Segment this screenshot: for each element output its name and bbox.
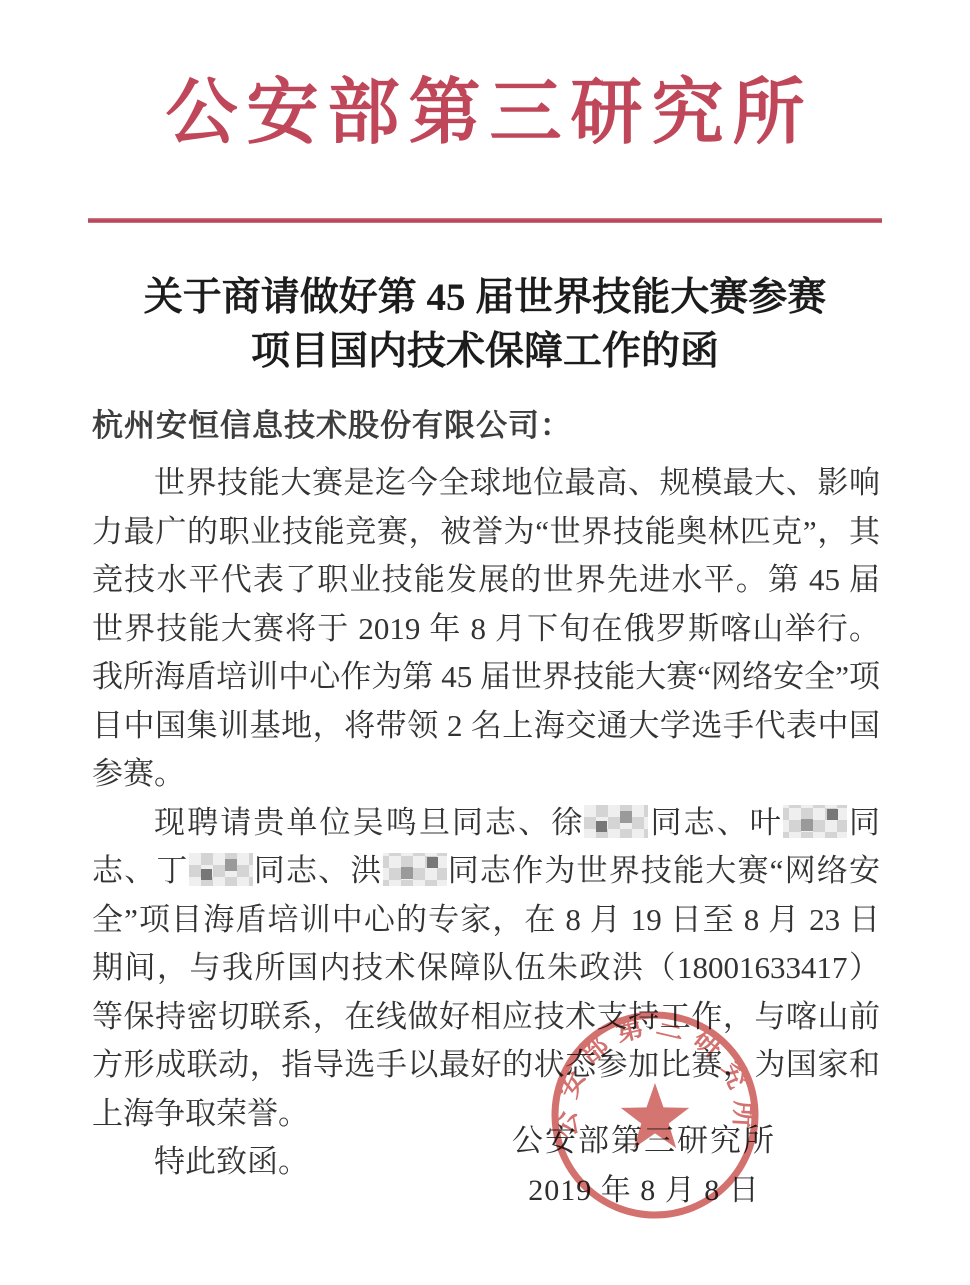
signature-date: 2019 年 8 月 8 日	[420, 1172, 868, 1210]
signature-block: 公安部第三研究所 2019 年 8 月 8 日	[420, 1121, 868, 1210]
paragraph-appointment: 现聘请贵单位吴鸣旦同志、徐同志、叶同志、丁同志、洪同志作为世界技能大赛“网络安全…	[92, 799, 880, 1139]
redacted-name	[584, 805, 648, 838]
paragraph-text: 同志、洪	[253, 853, 383, 888]
letterhead-org-name: 公安部第三研究所	[0, 70, 970, 156]
redacted-name	[783, 805, 847, 838]
document-title-line1: 关于商请做好第 45 届世界技能大赛参赛	[0, 271, 970, 325]
signature-org: 公安部第三研究所	[420, 1121, 868, 1161]
document-title: 关于商请做好第 45 届世界技能大赛参赛 项目国内技术保障工作的函	[0, 271, 970, 379]
document-title-line2: 项目国内技术保障工作的函	[0, 325, 970, 379]
paragraph-text: 现聘请贵单位吴鸣旦同志、徐	[154, 805, 584, 840]
redacted-name	[189, 853, 253, 886]
scanned-letter-page: 公安部第三研究所 关于商请做好第 45 届世界技能大赛参赛 项目国内技术保障工作…	[0, 0, 970, 1285]
paragraph-intro: 世界技能大赛是迄今全球地位最高、规模最大、影响力最广的职业技能竞赛，被誉为“世界…	[92, 459, 880, 799]
redacted-name	[383, 853, 447, 886]
paragraph-text: 同志、叶	[648, 805, 783, 840]
paragraph-text: 同志作为世界技能大赛“网络安全”项目海盾培训中心的专家，在 8 月 19 日至 …	[92, 853, 880, 1131]
letterhead-divider-line	[88, 218, 882, 223]
salutation: 杭州安恒信息技术股份有限公司：	[92, 404, 572, 448]
letter-body: 世界技能大赛是迄今全球地位最高、规模最大、影响力最广的职业技能竞赛，被誉为“世界…	[92, 459, 880, 1187]
